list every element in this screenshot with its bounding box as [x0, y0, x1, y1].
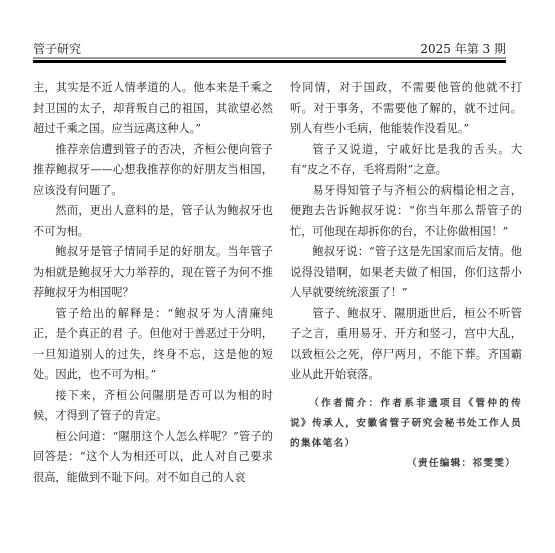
paragraph: 管子又说道，宁戚好比是我的舌头。大有“皮之不存，毛将焉附”之意。	[290, 140, 522, 181]
paragraph: 然而，更出人意料的是，管子认为鲍叔牙也不可为相。	[33, 201, 273, 242]
paragraph: 鲍叔牙说：“管子这是先国家而后友情。他说得没错啊，如果老夫做了相国，你们这帮小人…	[290, 242, 522, 304]
paragraph: 管子、鲍叔牙、隰朋逝世后，桓公不听管子之言，重用易牙、开方和竖刁，宫中大乱，以致…	[290, 304, 522, 386]
page-header: 管子研究 2025 年第 3 期	[33, 40, 506, 56]
issue-number: 2025 年第 3 期	[420, 40, 506, 57]
paragraph: 鲍叔牙是管子情同手足的好朋友。当年管子为相就是鲍叔牙大力举荐的，现在管子为何不推…	[33, 242, 273, 304]
header-rule-thin	[33, 57, 506, 59]
paragraph: 易牙得知管子与齐桓公的病榻论相之言，便跑去告诉鲍叔牙说：“你当年那么帮管子的忙，…	[290, 181, 522, 243]
paragraph: 管子给出的解释是：“鲍叔牙为人清廉纯正，是个真正的君 子。但他对于善恶过于分明，…	[33, 304, 273, 386]
right-column: 怜同情，对于国政，不需要他管的他就不打听。对于事务，不需要他了解的，就不过问。别…	[290, 78, 522, 474]
paragraph: 主，其实是不近人情孝道的人。他本来是千乘之封卫国的太子，却背叛自己的祖国，其欲望…	[33, 78, 273, 140]
paragraph: 推荐亲信遭到管子的否决，齐桓公便向管子推荐鲍叔牙——心想我推荐你的好朋友当相国，…	[33, 140, 273, 202]
left-column: 主，其实是不近人情孝道的人。他本来是千乘之封卫国的太子，却背叛自己的祖国，其欲望…	[33, 78, 273, 488]
paragraph: 怜同情，对于国政，不需要他管的他就不打听。对于事务，不需要他了解的，就不过问。别…	[290, 78, 522, 140]
editor-note: （责任编辑：祁雯雯）	[290, 454, 522, 474]
paragraph: 接下来，齐桓公问隰朋是否可以为相的时候，才得到了管子的肯定。	[33, 386, 273, 427]
author-bio: （作者简介：作者系非遗项目《管仲的传说》传承人，安徽省管子研究会秘书处工作人员的…	[290, 394, 522, 454]
paragraph: 桓公问道：“隰朋这个人怎么样呢？”管子的回答是：“这个人为相还可以，此人对自己要…	[33, 427, 273, 489]
header-rule-thick	[33, 60, 506, 63]
journal-title: 管子研究	[33, 40, 81, 57]
